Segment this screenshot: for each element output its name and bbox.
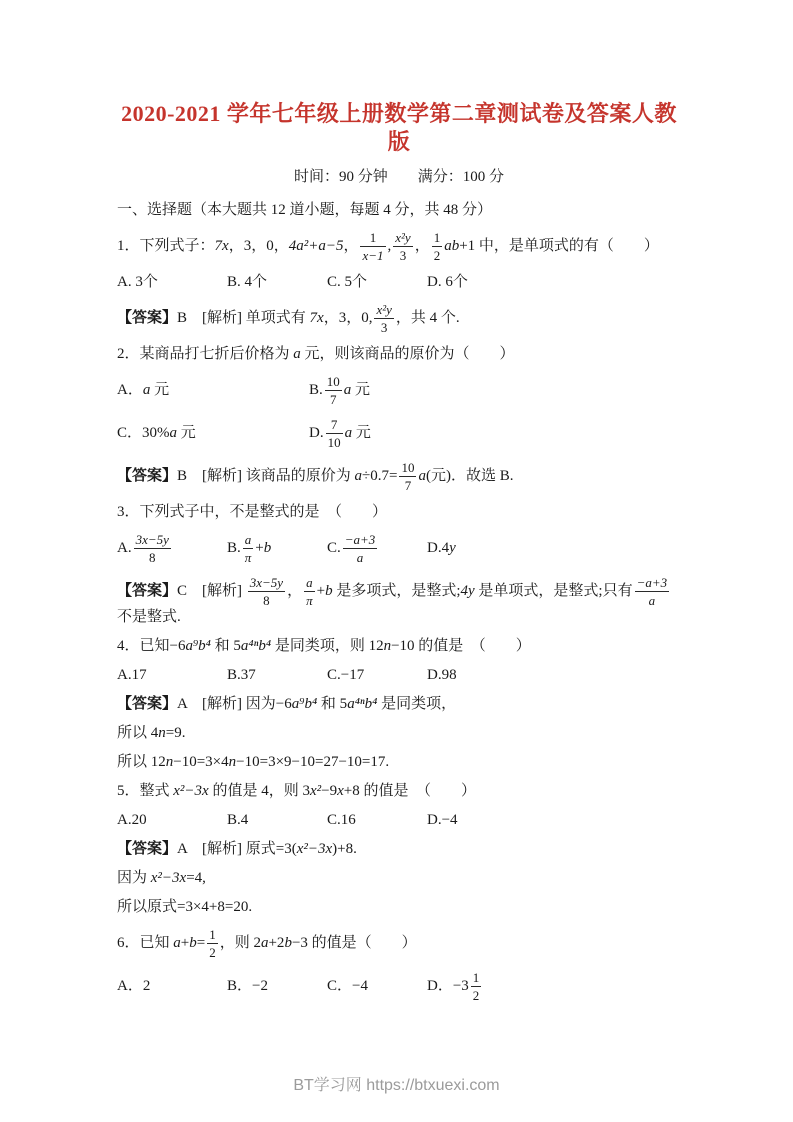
question-4-answer-line: 【答案】A [解析] 因为−6a⁹b⁴ 和 5a⁴ⁿb⁴ 是同类项，	[117, 695, 681, 714]
fraction: x²y3	[374, 302, 393, 335]
math-variable: n	[158, 725, 166, 741]
question-2-option-A: A．a 元	[117, 381, 309, 400]
math-variable: a⁹b⁴	[185, 638, 210, 654]
question-1-answer-line: 【答案】B [解析] 单项式有 7x，3，0,x²y3，共 4 个.	[117, 302, 681, 335]
answer-label: 【答案】	[117, 468, 177, 484]
math-variable: y	[449, 540, 456, 556]
question-6-stem: 6．已知 a+b=12，则 2a+2b−3 的值是（ ）	[117, 927, 681, 960]
fraction: 107	[325, 374, 342, 407]
fraction: x²y3	[393, 230, 412, 263]
math-variable: x²	[310, 783, 321, 799]
math-variable: a	[261, 935, 269, 951]
question-4: 4．已知−6a⁹b⁴ 和 5a⁴ⁿb⁴ 是同类项，则 12n−10 的值是 （ …	[117, 637, 681, 772]
math-variable: x²−3x	[173, 783, 208, 799]
answer-label: 【答案】	[117, 841, 177, 857]
fraction: 12	[432, 230, 443, 263]
question-3-answer-line: 【答案】C [解析] 3x−5y8，aπ+b 是多项式，是整式;4y 是单项式，…	[117, 575, 681, 627]
questions-container: 1．下列式子：7x，3，0，4a²+a−5，1x−1,x²y3，12ab+1 中…	[117, 230, 681, 1003]
answer-label: 【答案】	[117, 583, 177, 599]
question-4-options-row: A.17B.37C.−17D.98	[117, 666, 681, 685]
document-page: 2020-2021 学年七年级上册数学第二章测试卷及答案人教版 时间：90 分钟…	[0, 0, 793, 1122]
answer-label: 【答案】	[117, 310, 177, 326]
question-4-answer-line: 所以 12n−10=3×4n−10=3×9−10=27−10=17.	[117, 753, 681, 772]
question-2-options-row: A．a 元B.107a 元	[117, 374, 681, 407]
watermark-footer: BT学习网 https://btxuexi.com	[0, 1076, 793, 1096]
question-2-answer-line: 【答案】B [解析] 该商品的原价为 a÷0.7=107a(元)．故选 B.	[117, 460, 681, 493]
fraction: 12	[207, 927, 218, 960]
math-variable: n	[229, 754, 237, 770]
math-variable: a	[355, 468, 363, 484]
question-5-answer-line: 因为 x²−3x=4,	[117, 869, 681, 888]
question-2-stem: 2．某商品打七折后价格为 a 元，则该商品的原价为（ ）	[117, 345, 681, 364]
math-variable: a	[344, 382, 352, 398]
fraction: 12	[471, 970, 482, 1003]
math-variable: 4y	[461, 583, 475, 599]
question-2-options-row: C．30%a 元D.710a 元	[117, 417, 681, 450]
math-variable: a	[143, 382, 151, 398]
math-variable: x²−3x	[297, 841, 332, 857]
math-variable: x²−3x	[151, 870, 186, 886]
math-variable: a⁴ⁿb⁴	[347, 696, 377, 712]
question-5-answer-line: 所以原式=3×4+8=20.	[117, 898, 681, 917]
math-variable: n	[166, 754, 174, 770]
fraction: 1x−1	[360, 230, 385, 263]
page-title: 2020-2021 学年七年级上册数学第二章测试卷及答案人教版	[117, 100, 681, 156]
question-1-option-D: D. 6个	[427, 273, 681, 292]
fraction: 107	[399, 460, 416, 493]
math-variable: a⁴ⁿb⁴	[241, 638, 271, 654]
question-1: 1．下列式子：7x，3，0，4a²+a−5，1x−1,x²y3，12ab+1 中…	[117, 230, 681, 335]
section-heading: 一、选择题（本大题共 12 道小题，每题 4 分，共 48 分）	[117, 201, 681, 220]
question-3-option-B: B.aπ+b	[227, 532, 327, 565]
question-4-answer-line: 所以 4n=9.	[117, 724, 681, 743]
fraction: 3x−5y8	[134, 532, 171, 565]
document-content: 2020-2021 学年七年级上册数学第二章测试卷及答案人教版 时间：90 分钟…	[0, 0, 793, 1003]
question-5-option-C: C.16	[327, 811, 427, 830]
math-variable: a	[170, 425, 178, 441]
math-variable: a	[345, 425, 353, 441]
question-4-stem: 4．已知−6a⁹b⁴ 和 5a⁴ⁿb⁴ 是同类项，则 12n−10 的值是 （ …	[117, 637, 681, 656]
question-5-answer-line: 【答案】A [解析] 原式=3(x²−3x)+8.	[117, 840, 681, 859]
question-5-options-row: A.20B.4C.16D.−4	[117, 811, 681, 830]
question-4-option-D: D.98	[427, 666, 681, 685]
answer-label: 【答案】	[117, 696, 177, 712]
math-variable: a⁹b⁴	[292, 696, 317, 712]
question-4-option-B: B.37	[227, 666, 327, 685]
question-2-option-B: B.107a 元	[309, 374, 681, 407]
question-2: 2．某商品打七折后价格为 a 元，则该商品的原价为（ ）A．a 元B.107a …	[117, 345, 681, 493]
fraction: −a+3a	[343, 532, 378, 565]
math-variable: ab	[444, 238, 459, 254]
question-1-option-A: A. 3个	[117, 273, 227, 292]
question-4-option-A: A.17	[117, 666, 227, 685]
math-variable: a	[173, 935, 181, 951]
question-5-option-A: A.20	[117, 811, 227, 830]
question-3-options-row: A.3x−5y8B.aπ+bC.−a+3aD.4y	[117, 532, 681, 565]
question-1-option-C: C. 5个	[327, 273, 427, 292]
fraction: aπ	[304, 575, 315, 608]
math-variable: 7x	[310, 310, 324, 326]
fraction: 710	[326, 417, 343, 450]
question-3-option-A: A.3x−5y8	[117, 532, 227, 565]
math-variable: a	[293, 346, 301, 362]
question-6-option-D: D．−312	[427, 970, 681, 1003]
question-1-stem: 1．下列式子：7x，3，0，4a²+a−5，1x−1,x²y3，12ab+1 中…	[117, 230, 681, 263]
fraction: 3x−5y8	[248, 575, 285, 608]
question-3-option-D: D.4y	[427, 539, 681, 558]
question-3-option-C: C.−a+3a	[327, 532, 427, 565]
math-variable: a	[418, 468, 426, 484]
fraction: −a+3a	[635, 575, 670, 608]
question-5-option-D: D.−4	[427, 811, 681, 830]
question-1-option-B: B. 4个	[227, 273, 327, 292]
math-variable: b	[189, 935, 197, 951]
question-5: 5．整式 x²−3x 的值是 4，则 3x²−9x+8 的值是 （ ）A.20B…	[117, 782, 681, 917]
question-3: 3．下列式子中，不是整式的是 （ ）A.3x−5y8B.aπ+bC.−a+3aD…	[117, 503, 681, 627]
question-2-option-D: D.710a 元	[309, 417, 681, 450]
question-6: 6．已知 a+b=12，则 2a+2b−3 的值是（ ）A．2B．−2C．−4D…	[117, 927, 681, 1003]
question-6-options-row: A．2B．−2C．−4D．−312	[117, 970, 681, 1003]
fraction: aπ	[243, 532, 254, 565]
question-4-option-C: C.−17	[327, 666, 427, 685]
question-3-stem: 3．下列式子中，不是整式的是 （ ）	[117, 503, 681, 522]
math-variable: 4a²+a−5	[289, 238, 344, 254]
math-variable: x	[337, 783, 344, 799]
math-variable: n	[384, 638, 392, 654]
question-2-option-C: C．30%a 元	[117, 424, 309, 443]
math-variable: b	[264, 540, 272, 556]
question-1-options-row: A. 3个B. 4个C. 5个D. 6个	[117, 273, 681, 292]
math-variable: b	[325, 583, 333, 599]
question-6-option-B: B．−2	[227, 977, 327, 996]
question-5-option-B: B.4	[227, 811, 327, 830]
exam-info: 时间：90 分钟 满分：100 分	[117, 168, 681, 187]
math-variable: 7x	[215, 238, 229, 254]
question-6-option-A: A．2	[117, 977, 227, 996]
question-5-stem: 5．整式 x²−3x 的值是 4，则 3x²−9x+8 的值是 （ ）	[117, 782, 681, 801]
question-6-option-C: C．−4	[327, 977, 427, 996]
math-variable: b	[284, 935, 292, 951]
